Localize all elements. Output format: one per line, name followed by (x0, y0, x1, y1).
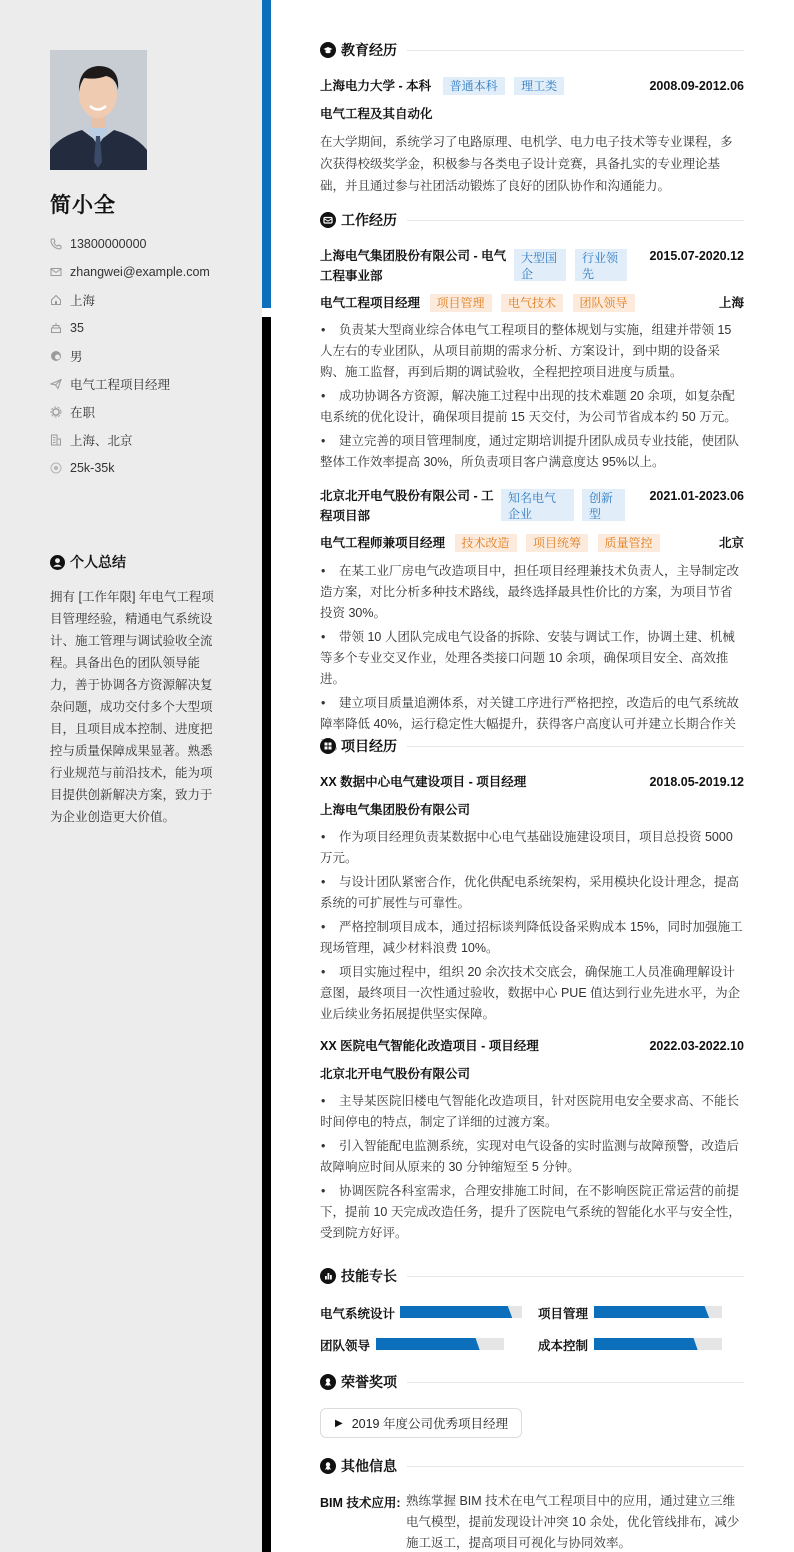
info-location: 上海 (50, 286, 210, 314)
tag-text: 企业 (508, 505, 567, 523)
gender-icon (50, 350, 62, 362)
skill-bar (400, 1306, 522, 1318)
building-icon (50, 434, 62, 446)
section-divider (407, 1382, 744, 1383)
divider-bar (262, 317, 271, 1552)
work-title: 工作经历 (341, 210, 397, 230)
skill-name: 团队领导 (320, 1336, 370, 1354)
award-icon (320, 1458, 336, 1474)
project-date: 2022.03-2022.10 (560, 1036, 744, 1056)
summary-title: 个人总结 (70, 552, 126, 572)
company-line: 北京北开电气股份有限公司 - 工 (320, 486, 510, 506)
section-divider (407, 1276, 744, 1277)
info-cities-text: 上海、北京 (70, 431, 133, 449)
work-date: 2015.07-2020.12 (620, 246, 744, 266)
info-phone-text: 13800000000 (70, 237, 146, 251)
education-tag: 理工类 (514, 77, 564, 95)
education-school: 上海电力大学 - 本科 普通本科 理工类 (320, 76, 570, 96)
role-tag: 团队领导 (573, 294, 635, 312)
info-cities: 上海、北京 (50, 426, 210, 454)
info-gender: 男 (50, 342, 210, 370)
award-text: 2019 年度公司优秀项目经理 (352, 1414, 508, 1432)
skill-bar-fill (594, 1338, 698, 1350)
company-tag: 知名电气 企业 (501, 489, 574, 521)
work-bullets: 在某工业厂房电气改造项目中，担任项目经理兼技术负责人，主导制定改造方案，对比分析… (320, 561, 744, 756)
award-item[interactable]: ▶ 2019 年度公司优秀项目经理 (320, 1408, 522, 1438)
info-location-text: 上海 (70, 291, 95, 309)
salary-icon (50, 462, 62, 474)
status-icon (50, 406, 62, 418)
work-company: 北京北开电气股份有限公司 - 工 程项目部 (320, 486, 510, 526)
info-gender-text: 男 (70, 347, 83, 365)
role-tag: 电气技术 (501, 294, 563, 312)
section-other: 其他信息 (320, 1456, 744, 1476)
section-divider (407, 746, 744, 747)
avatar (50, 50, 147, 170)
info-email-text: zhangwei@example.com (70, 265, 210, 279)
projects-title: 项目经历 (341, 736, 397, 756)
info-phone: 13800000000 (50, 230, 210, 258)
candidate-name: 简小全 (50, 189, 116, 219)
section-divider (407, 50, 744, 51)
summary-text: 拥有 [工作年限] 年电气工程项目管理经验，精通电气系统设计、施工管理与调试验收… (50, 586, 215, 828)
bullet-item: 成功协调各方资源，解决施工过程中出现的技术难题 20 余项，如复杂配电系统的优化… (320, 386, 744, 428)
tag-text: 先 (582, 265, 620, 283)
bullet-item: 负责某大型商业综合体电气工程项目的整体规划与实施，组建并带领 15 人左右的专业… (320, 320, 744, 383)
triangle-right-icon: ▶ (335, 1418, 343, 1429)
send-icon (50, 378, 62, 390)
bullet-item: 建立完善的项目管理制度，通过定期培训提升团队成员专业技能，使团队整体工作效率提高… (320, 431, 744, 473)
work-bullets: 负责某大型商业综合体电气工程项目的整体规划与实施，组建并带领 15 人左右的专业… (320, 320, 744, 473)
bullet-item: 带领 10 人团队完成电气设备的拆除、安装与调试工作，协调土建、机械等多个专业交… (320, 627, 744, 690)
section-projects: 项目经历 (320, 736, 744, 756)
other-text: 熟练掌握 BIM 技术在电气工程项目中的应用，通过建立三维电气模型，提前发现设计… (406, 1491, 744, 1552)
role-tag: 项目管理 (430, 294, 492, 312)
tag-text: 企 (521, 265, 559, 283)
section-work: 工作经历 (320, 210, 744, 230)
section-skills: 技能专长 (320, 1266, 744, 1286)
education-date: 2008.09-2012.06 (560, 76, 744, 96)
bullet-item: 与设计团队紧密合作，优化供配电系统架构，采用模块化设计理念，提高系统的可扩展性与… (320, 872, 744, 914)
award-icon (320, 1374, 336, 1390)
tag-text: 型 (589, 505, 618, 523)
bullet-item: 项目实施过程中，组织 20 余次技术交底会，确保施工人员准确理解设计意图，最终项… (320, 962, 744, 1025)
project-company: 上海电气集团股份有限公司 (320, 800, 470, 820)
work-city: 上海 (719, 293, 744, 313)
info-position: 电气工程项目经理 (50, 370, 210, 398)
phone-icon (50, 238, 62, 250)
education-description: 在大学期间，系统学习了电路原理、电机学、电力电子技术等专业课程，多次获得校级奖学… (320, 131, 744, 197)
skills-title: 技能专长 (341, 1266, 397, 1286)
bullet-item: 在某工业厂房电气改造项目中，担任项目经理兼技术负责人，主导制定改造方案，对比分析… (320, 561, 744, 624)
bullet-item: 引入智能配电监测系统，实现对电气设备的实时监测与故障预警，改造后故障响应时间从原… (320, 1136, 744, 1178)
skill-name: 电气系统设计 (320, 1304, 395, 1322)
info-salary: 25k-35k (50, 454, 210, 482)
skill-bar (376, 1338, 504, 1350)
info-position-text: 电气工程项目经理 (70, 375, 170, 393)
other-title: 其他信息 (341, 1456, 397, 1476)
company-tag: 创新 型 (582, 489, 625, 521)
role-name: 电气工程项目经理 (320, 296, 420, 310)
skill-name: 成本控制 (538, 1336, 588, 1354)
grid-icon (320, 738, 336, 754)
role-tag: 项目统筹 (526, 534, 588, 552)
work-role-row: 电气工程师兼项目经理 技术改造 项目统筹 质量管控 北京 (320, 533, 744, 553)
section-divider (407, 220, 744, 221)
section-divider (407, 1466, 744, 1467)
skill-bar-fill (376, 1338, 480, 1350)
project-date: 2018.05-2019.12 (560, 772, 744, 792)
project-name: XX 医院电气智能化改造项目 - 项目经理 (320, 1036, 539, 1056)
info-email: zhangwei@example.com (50, 258, 210, 286)
info-age-text: 35 (70, 321, 84, 335)
info-status-text: 在职 (70, 403, 95, 421)
section-education: 教育经历 (320, 40, 744, 60)
info-age: 35 (50, 314, 210, 342)
contact-info-list: 13800000000 zhangwei@example.com 上海 35 男… (50, 230, 210, 482)
bar-chart-icon (320, 1268, 336, 1284)
work-company: 上海电气集团股份有限公司 - 电气 工程事业部 (320, 246, 510, 286)
project-name: XX 数据中心电气建设项目 - 项目经理 (320, 772, 526, 792)
work-city: 北京 (719, 533, 744, 553)
school-name: 上海电力大学 - 本科 (320, 79, 431, 93)
project-bullets: 主导某医院旧楼电气智能化改造项目，针对医院用电安全要求高、不能长时间停电的特点，… (320, 1091, 744, 1244)
education-tag: 普通本科 (443, 77, 505, 95)
bullet-item: 作为项目经理负责某数据中心电气基础设施建设项目，项目总投资 5000 万元。 (320, 827, 744, 869)
role-tag: 质量管控 (598, 534, 660, 552)
company-line: 程项目部 (320, 506, 510, 526)
education-title: 教育经历 (341, 40, 397, 60)
other-label: BIM 技术应用: (320, 1493, 401, 1513)
role-tag: 技术改造 (455, 534, 517, 552)
bullet-item: 主导某医院旧楼电气智能化改造项目，针对医院用电安全要求高、不能长时间停电的特点，… (320, 1091, 744, 1133)
accent-bar (262, 0, 271, 308)
skill-bar (594, 1338, 722, 1350)
company-tag: 大型国 企 (514, 249, 566, 281)
bullet-item: 严格控制项目成本，通过招标谈判降低设备采购成本 15%，同时加强施工现场管理，减… (320, 917, 744, 959)
age-icon (50, 322, 62, 334)
skill-bar (594, 1306, 722, 1318)
briefcase-icon (320, 212, 336, 228)
user-icon (50, 555, 65, 570)
project-company: 北京北开电气股份有限公司 (320, 1064, 470, 1084)
info-status: 在职 (50, 398, 210, 426)
project-bullets: 作为项目经理负责某数据中心电气基础设施建设项目，项目总投资 5000 万元。 与… (320, 827, 744, 1025)
summary-heading: 个人总结 (50, 552, 126, 572)
role-name: 电气工程师兼项目经理 (320, 536, 445, 550)
section-awards: 荣誉奖项 (320, 1372, 744, 1392)
work-role-row: 电气工程项目经理 项目管理 电气技术 团队领导 上海 (320, 293, 744, 313)
home-icon (50, 294, 62, 306)
awards-title: 荣誉奖项 (341, 1372, 397, 1392)
company-line: 上海电气集团股份有限公司 - 电气 (320, 246, 510, 266)
graduation-cap-icon (320, 42, 336, 58)
mail-icon (50, 266, 62, 278)
info-salary-text: 25k-35k (70, 461, 114, 475)
skill-name: 项目管理 (538, 1304, 588, 1322)
bullet-item: 协调医院各科室需求，合理安排施工时间，在不影响医院正常运营的前提下，提前 10 … (320, 1181, 744, 1244)
skill-bar-fill (400, 1306, 512, 1318)
company-line: 工程事业部 (320, 266, 510, 286)
work-date: 2021.01-2023.06 (620, 486, 744, 506)
skill-bar-fill (594, 1306, 709, 1318)
education-major: 电气工程及其自动化 (320, 104, 433, 124)
